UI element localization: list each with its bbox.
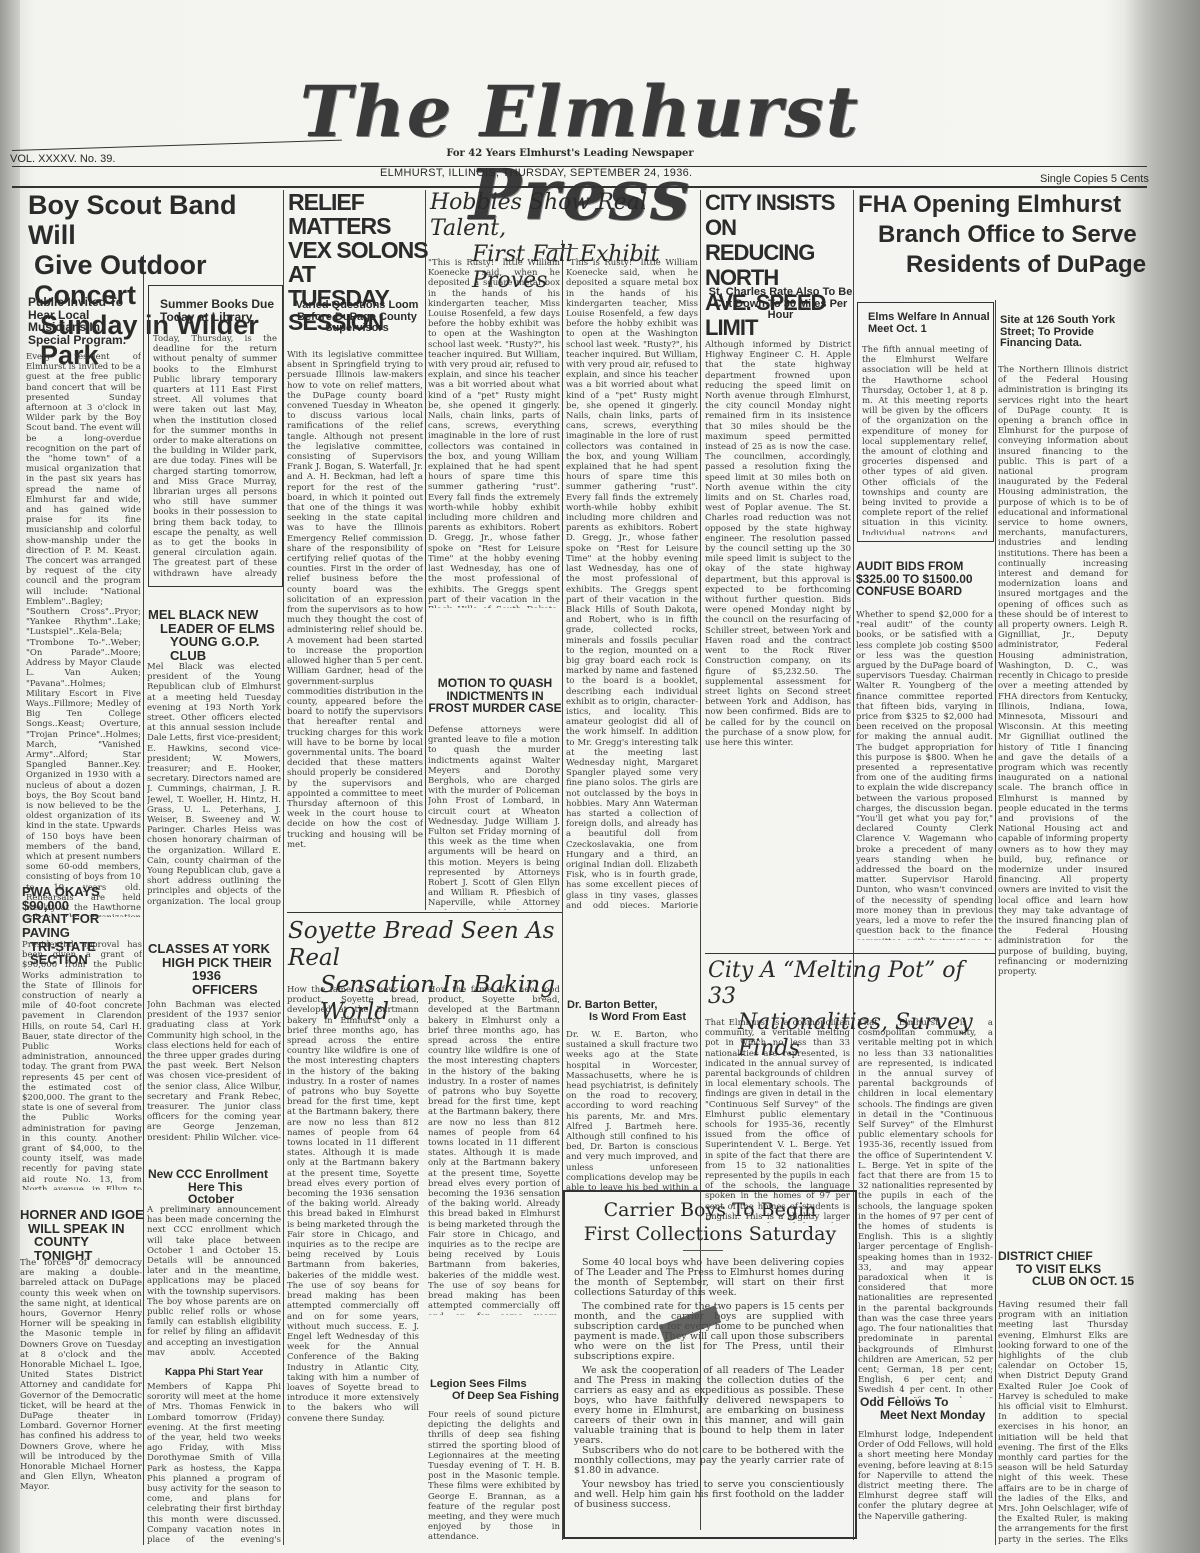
column-rule: [995, 300, 996, 1545]
melting-pot-body-col2: That Elmhurst is a cosmopolitan communit…: [858, 1018, 993, 1398]
fha-deck: Site at 126 South York Street; To Provid…: [1000, 315, 1130, 350]
price-notice: Single Copies 5 Cents: [1040, 173, 1149, 185]
summer-books-headline: Summer Books Due Today at Library: [160, 298, 280, 323]
barton-headline: Dr. Barton Better, Is Word From East: [567, 1000, 697, 1023]
fha-body: The Northern Illinois district of the Fe…: [998, 365, 1128, 1255]
headline-line: FHA Opening Elmhurst: [858, 190, 1158, 220]
york-classes-body: John Bachman was elected president of th…: [147, 1000, 281, 1140]
headline-line: WILL SPEAK IN: [20, 1222, 144, 1236]
audit-headline: AUDIT BIDS FROM $325.00 TO $1500.00 CONF…: [856, 560, 996, 598]
city-speed-deck: St. Charles Rate Also To Be Cut Down To …: [708, 287, 853, 322]
odd-fellows-headline: Odd Fellows To Meet Next Monday: [860, 1396, 995, 1421]
masthead-tagline: For 42 Years Elmhurst's Leading Newspape…: [420, 148, 720, 159]
divider: [683, 1250, 723, 1251]
divider: [287, 912, 562, 913]
headline-line: RELIEF MATTERS: [288, 190, 428, 238]
odd-fellows-body: Elmhurst lodge, Independent Order of Odd…: [858, 1430, 993, 1540]
york-classes-headline: CLASSES AT YORK HIGH PICK THEIR 1936 OFF…: [148, 942, 283, 997]
headline-line: LEADER OF ELMS: [148, 622, 283, 636]
headline-line: Legion Sees Films: [430, 1379, 562, 1391]
divider: [705, 953, 995, 954]
audit-body: Whether to spend $2,000 for a "real audi…: [856, 610, 993, 940]
binding-edge: [0, 0, 20, 1553]
headline-line: Hobbies Show Real Talent,: [430, 190, 700, 242]
mel-black-body: Mel Black was elected president of the Y…: [147, 662, 281, 907]
elks-body: Having resumed their fall program with a…: [998, 1300, 1128, 1545]
mel-black-headline: MEL BLACK NEW LEADER OF ELMS YOUNG G.O.P…: [148, 608, 283, 663]
headline-line: CITY INSISTS ON: [705, 190, 855, 240]
relief-deck: Varied Questions Loom Before DuPage Coun…: [292, 300, 422, 335]
column-rule: [283, 190, 284, 1545]
headline-line: CLASSES AT YORK: [148, 942, 283, 956]
headline-line: HIGH PICK THEIR: [148, 956, 283, 970]
headline-line: Is Word From East: [567, 1012, 697, 1024]
legion-headline: Legion Sees Films Of Deep Sea Fishing: [430, 1379, 562, 1402]
city-speed-body: Although informed by District Highway En…: [705, 340, 851, 950]
motion-headline: MOTION TO QUASH INDICTMENTS IN FROST MUR…: [428, 677, 562, 715]
elms-welfare-headline: Elms Welfare In Annual Meet Oct. 1: [868, 312, 993, 335]
horner-body: The forces of democracy are making a dou…: [20, 1258, 142, 1548]
motion-body: Defense attorneys were granted leave to …: [428, 725, 560, 910]
paragraph: We ask the cooperation of all readers of…: [574, 1366, 844, 1446]
headline-line: City A “Melting Pot” of 33: [708, 958, 998, 1010]
ccc-body: A preliminary announcement has been made…: [147, 1205, 281, 1355]
soyette-body-col1: How the fame of a new food product, Soye…: [287, 985, 419, 1545]
headline-line: DISTRICT CHIEF: [998, 1250, 1138, 1263]
legion-body: Four reels of sound picture depicting th…: [428, 1410, 560, 1545]
headline-line: Odd Fellows To: [860, 1396, 995, 1409]
dateline-rule-bottom: [12, 186, 1147, 188]
headline-line: GRANT FOR PAVING: [22, 912, 144, 939]
headline-line: Here This October: [148, 1181, 283, 1206]
hobbies-body-col1: "This is Rusty!" little William Koenecke…: [428, 258, 560, 608]
divider: [548, 248, 578, 249]
pwa-body: Presidential approval has been given a g…: [22, 940, 142, 1190]
headline-line: REDUCING NORTH: [705, 240, 855, 290]
kappa-phi-body: Members of Kappa Phi sorority will meet …: [147, 1382, 281, 1547]
headline-line: Meet Next Monday: [860, 1409, 995, 1422]
headline-line: New CCC Enrollment: [148, 1168, 283, 1181]
elms-welfare-body: The fifth annual meeting of the Elmhurst…: [862, 345, 988, 535]
hobbies-body-col2: "This is Rusty!" little William Koenecke…: [566, 258, 698, 908]
kappa-phi-headline: Kappa Phi Start Year: [165, 1368, 285, 1379]
paragraph: Your newsboy has tried to serve you cons…: [574, 1480, 844, 1510]
fha-headline: FHA Opening Elmhurst Branch Office to Se…: [858, 190, 1158, 280]
headline-line: HORNER AND IGOE: [20, 1208, 144, 1222]
headline-line: YOUNG G.O.P. CLUB: [148, 635, 283, 662]
elks-headline: DISTRICT CHIEF TO VISIT ELKS CLUB ON OCT…: [998, 1250, 1138, 1288]
volume-number: VOL. XXXXV. No. 39.: [10, 153, 115, 165]
horner-headline: HORNER AND IGOE WILL SPEAK IN COUNTY TON…: [20, 1208, 144, 1263]
paragraph: Some 40 local boys who have been deliver…: [574, 1258, 844, 1298]
boy-scout-deck: Public Invited To Hear Local Musicians I…: [28, 296, 143, 346]
headline-line: CLUB ON OCT. 15: [998, 1275, 1138, 1288]
headline-line: Boy Scout Band Will: [28, 190, 283, 250]
headline-line: PWA OKAYS $90,000: [22, 885, 144, 912]
headline-line: MEL BLACK NEW: [148, 608, 283, 622]
headline-line: Carrier Boys To Begin: [575, 1198, 845, 1222]
headline-line: Dr. Barton Better,: [567, 1000, 697, 1012]
soyette-body-col2: How the fame of a new food product, Soye…: [428, 985, 560, 1315]
relief-body: With its legislative committee absent in…: [287, 350, 423, 910]
boy-scout-body: Every resident of Elmhurst is invited to…: [26, 352, 141, 917]
barton-body: Dr. W. E. Barton, who sustained a skull …: [566, 1030, 698, 1190]
headline-line: VEX SOLONS AT: [288, 238, 428, 286]
dateline: ELMHURST, ILLINOIS, THURSDAY, SEPTEMBER …: [380, 167, 692, 179]
carrier-boys-body: Some 40 local boys who have been deliver…: [574, 1258, 844, 1528]
ccc-headline: New CCC Enrollment Here This October: [148, 1168, 283, 1206]
headline-line: 1936 OFFICERS: [148, 969, 283, 996]
summer-books-body: Today, Thursday, is the deadline for the…: [153, 334, 277, 579]
headline-line: Residents of DuPage: [858, 250, 1158, 280]
headline-line: Branch Office to Serve: [858, 220, 1158, 250]
paragraph: Subscribers who do not care to be bother…: [574, 1446, 844, 1476]
carrier-boys-headline: Carrier Boys To Begin First Collections …: [575, 1198, 845, 1246]
headline-line: Soyette Bread Seen As Real: [288, 918, 563, 972]
headline-line: First Collections Saturday: [575, 1222, 845, 1246]
headline-line: Of Deep Sea Fishing: [430, 1391, 562, 1403]
